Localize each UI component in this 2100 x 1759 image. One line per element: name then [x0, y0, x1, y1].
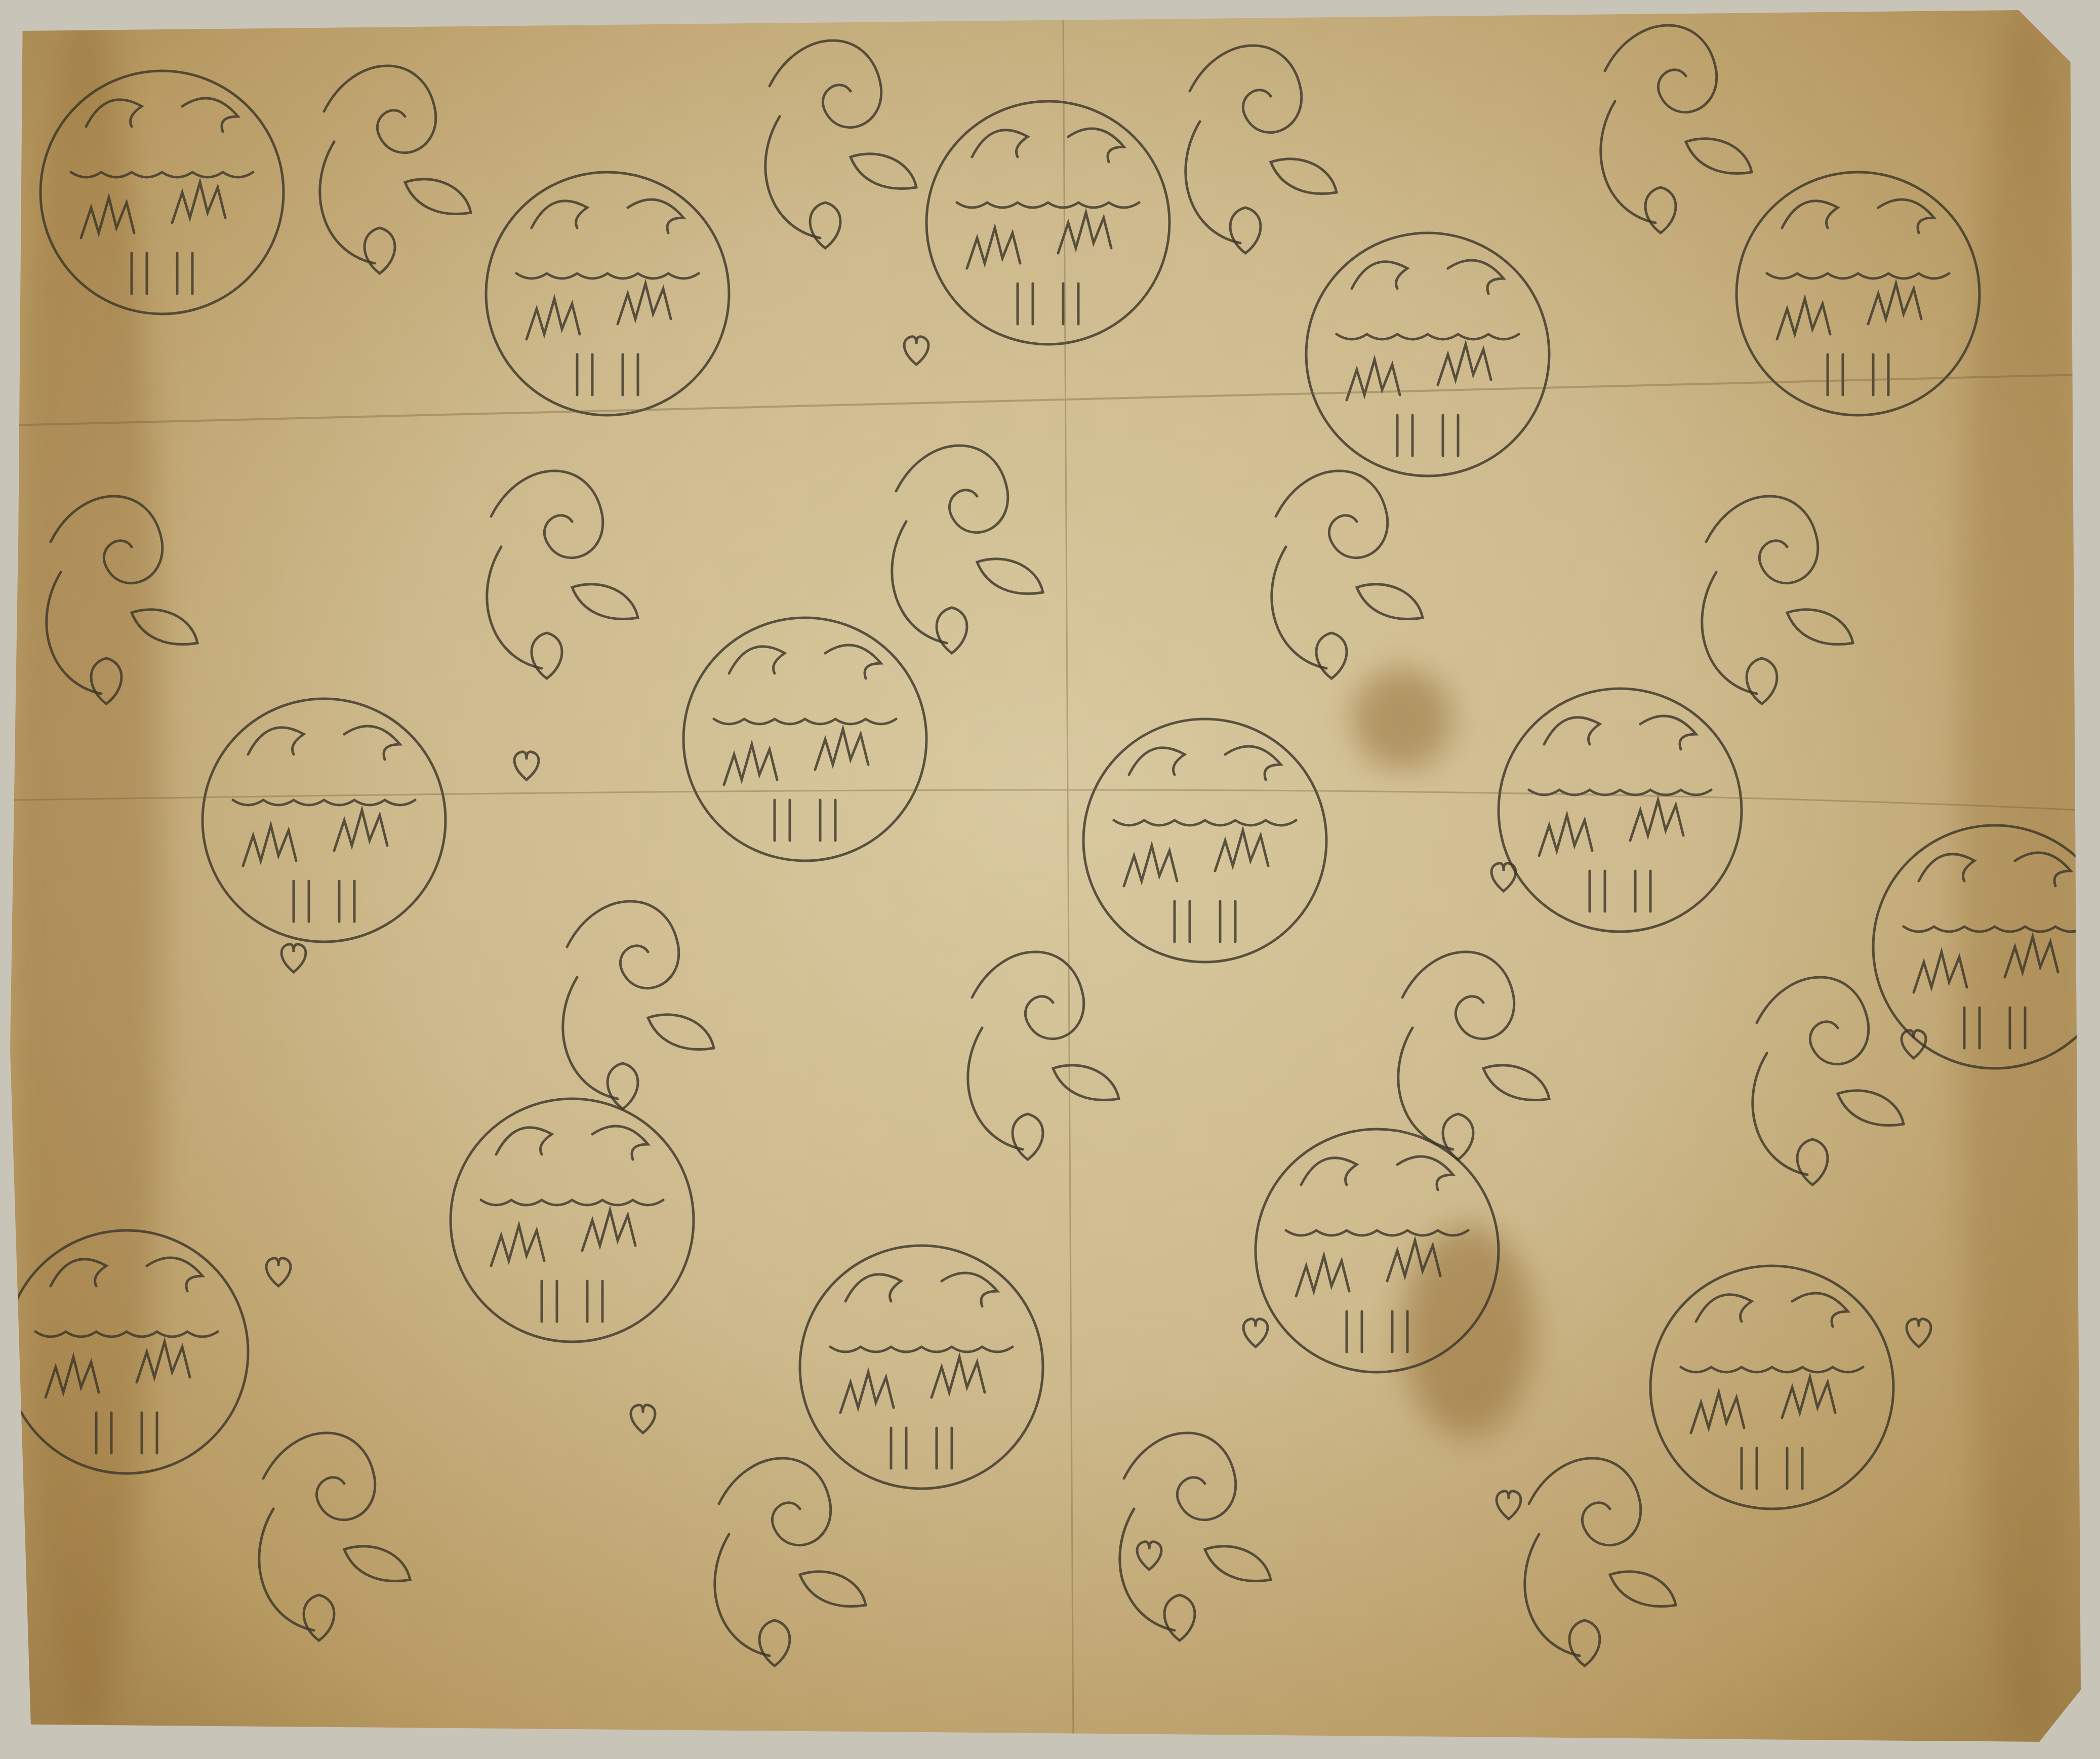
- bird-medallion-pattern: [10, 10, 2081, 1742]
- paper-sheet: [10, 10, 2081, 1742]
- hearts: [266, 337, 1931, 1570]
- foliage-scrolls: [47, 25, 1904, 1666]
